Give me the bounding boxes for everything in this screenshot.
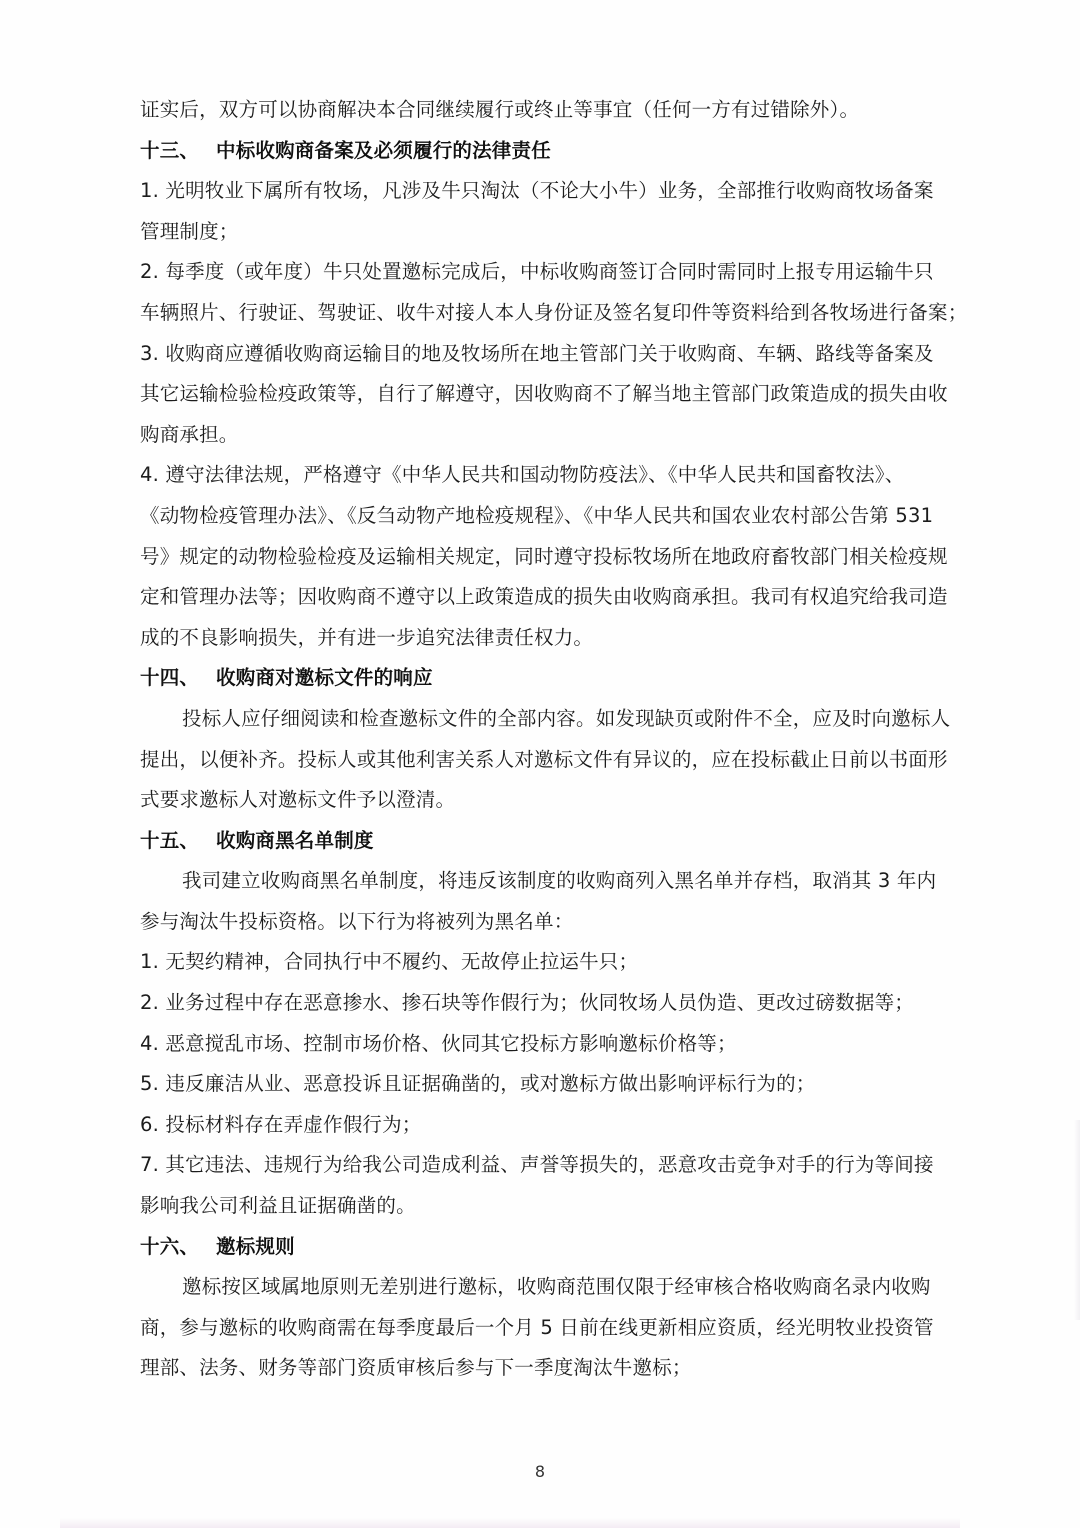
list-item-line: 4. 恶意搅乱市场、控制市场价格、伙同其它投标方影响邀标价格等； bbox=[140, 1024, 962, 1065]
list-item-line: 1. 无契约精神，合同执行中不履约、无故停止拉运牛只； bbox=[140, 942, 962, 983]
list-item-line: 车辆照片、行驶证、驾驶证、收牛对接人本人身份证及签名复印件等资料给到各牧场进行备… bbox=[140, 293, 962, 334]
list-item-line: 管理制度； bbox=[140, 212, 962, 253]
document-body: 证实后，双方可以协商解决本合同继续履行或终止等事宜（任何一方有过错除外）。 十三… bbox=[140, 90, 962, 1389]
scan-artifact-right-edge bbox=[1074, 1120, 1080, 1320]
list-item-line: 成的不良影响损失，并有进一步追究法律责任权力。 bbox=[140, 618, 962, 659]
list-item-line: 其它运输检验检疫政策等，自行了解遵守，因收购商不了解当地主管部门政策造成的损失由… bbox=[140, 374, 962, 415]
list-item-line: 6. 投标材料存在弄虚作假行为； bbox=[140, 1105, 962, 1146]
paragraph-line: 商，参与邀标的收购商需在每季度最后一个月 5 日前在线更新相应资质，经光明牧业投… bbox=[140, 1308, 962, 1349]
section-title: 邀标规则 bbox=[216, 1235, 295, 1258]
list-item-line: 《动物检疫管理办法》、《反刍动物产地检疫规程》、《中华人民共和国农业农村部公告第… bbox=[140, 496, 962, 537]
list-item-line: 2. 业务过程中存在恶意掺水、掺石块等作假行为；伙同牧场人员伪造、更改过磅数据等… bbox=[140, 983, 962, 1024]
paragraph-line: 证实后，双方可以协商解决本合同继续履行或终止等事宜（任何一方有过错除外）。 bbox=[140, 90, 962, 131]
paragraph-line: 邀标按区域属地原则无差别进行邀标，收购商范围仅限于经审核合格收购商名录内收购 bbox=[140, 1267, 962, 1308]
paragraph-line: 提出，以便补齐。投标人或其他利害关系人对邀标文件有异议的，应在投标截止日前以书面… bbox=[140, 740, 962, 781]
paragraph-line: 投标人应仔细阅读和检查邀标文件的全部内容。如发现缺页或附件不全，应及时向邀标人 bbox=[140, 699, 962, 740]
section-heading-14: 十四、收购商对邀标文件的响应 bbox=[140, 658, 962, 699]
list-item-line: 3. 收购商应遵循收购商运输目的地及牧场所在地主管部门关于收购商、车辆、路线等备… bbox=[140, 334, 962, 375]
list-item-line: 购商承担。 bbox=[140, 415, 962, 456]
page-number: 8 bbox=[0, 1462, 1080, 1481]
list-item-line: 影响我公司利益且证据确凿的。 bbox=[140, 1186, 962, 1227]
document-page: 证实后，双方可以协商解决本合同继续履行或终止等事宜（任何一方有过错除外）。 十三… bbox=[0, 0, 1080, 1528]
scan-artifact-bottom-edge bbox=[60, 1518, 960, 1528]
section-heading-15: 十五、收购商黑名单制度 bbox=[140, 821, 962, 862]
list-item-line: 定和管理办法等；因收购商不遵守以上政策造成的损失由收购商承担。我司有权追究给我司… bbox=[140, 577, 962, 618]
list-item-line: 7. 其它违法、违规行为给我公司造成利益、声誉等损失的，恶意攻击竞争对手的行为等… bbox=[140, 1145, 962, 1186]
paragraph-line: 式要求邀标人对邀标文件予以澄清。 bbox=[140, 780, 962, 821]
list-item-line: 4. 遵守法律法规，严格遵守《中华人民共和国动物防疫法》、《中华人民共和国畜牧法… bbox=[140, 455, 962, 496]
paragraph-line: 理部、法务、财务等部门资质审核后参与下一季度淘汰牛邀标； bbox=[140, 1348, 962, 1389]
list-item-line: 5. 违反廉洁从业、恶意投诉且证据确凿的，或对邀标方做出影响评标行为的； bbox=[140, 1064, 962, 1105]
section-heading-16: 十六、邀标规则 bbox=[140, 1227, 962, 1268]
list-item-line: 2. 每季度（或年度）牛只处置邀标完成后，中标收购商签订合同时需同时上报专用运输… bbox=[140, 252, 962, 293]
section-number: 十六、 bbox=[140, 1227, 216, 1268]
section-number: 十三、 bbox=[140, 131, 216, 172]
section-title: 收购商黑名单制度 bbox=[216, 829, 374, 852]
section-title: 中标收购商备案及必须履行的法律责任 bbox=[216, 139, 551, 162]
section-number: 十四、 bbox=[140, 658, 216, 699]
paragraph-line: 我司建立收购商黑名单制度，将违反该制度的收购商列入黑名单并存档，取消其 3 年内 bbox=[140, 861, 962, 902]
section-heading-13: 十三、中标收购商备案及必须履行的法律责任 bbox=[140, 131, 962, 172]
section-number: 十五、 bbox=[140, 821, 216, 862]
list-item-line: 号》规定的动物检验检疫及运输相关规定，同时遵守投标牧场所在地政府畜牧部门相关检疫… bbox=[140, 537, 962, 578]
section-title: 收购商对邀标文件的响应 bbox=[216, 666, 433, 689]
paragraph-line: 参与淘汰牛投标资格。以下行为将被列为黑名单： bbox=[140, 902, 962, 943]
list-item-line: 1. 光明牧业下属所有牧场，凡涉及牛只淘汰（不论大小牛）业务，全部推行收购商牧场… bbox=[140, 171, 962, 212]
